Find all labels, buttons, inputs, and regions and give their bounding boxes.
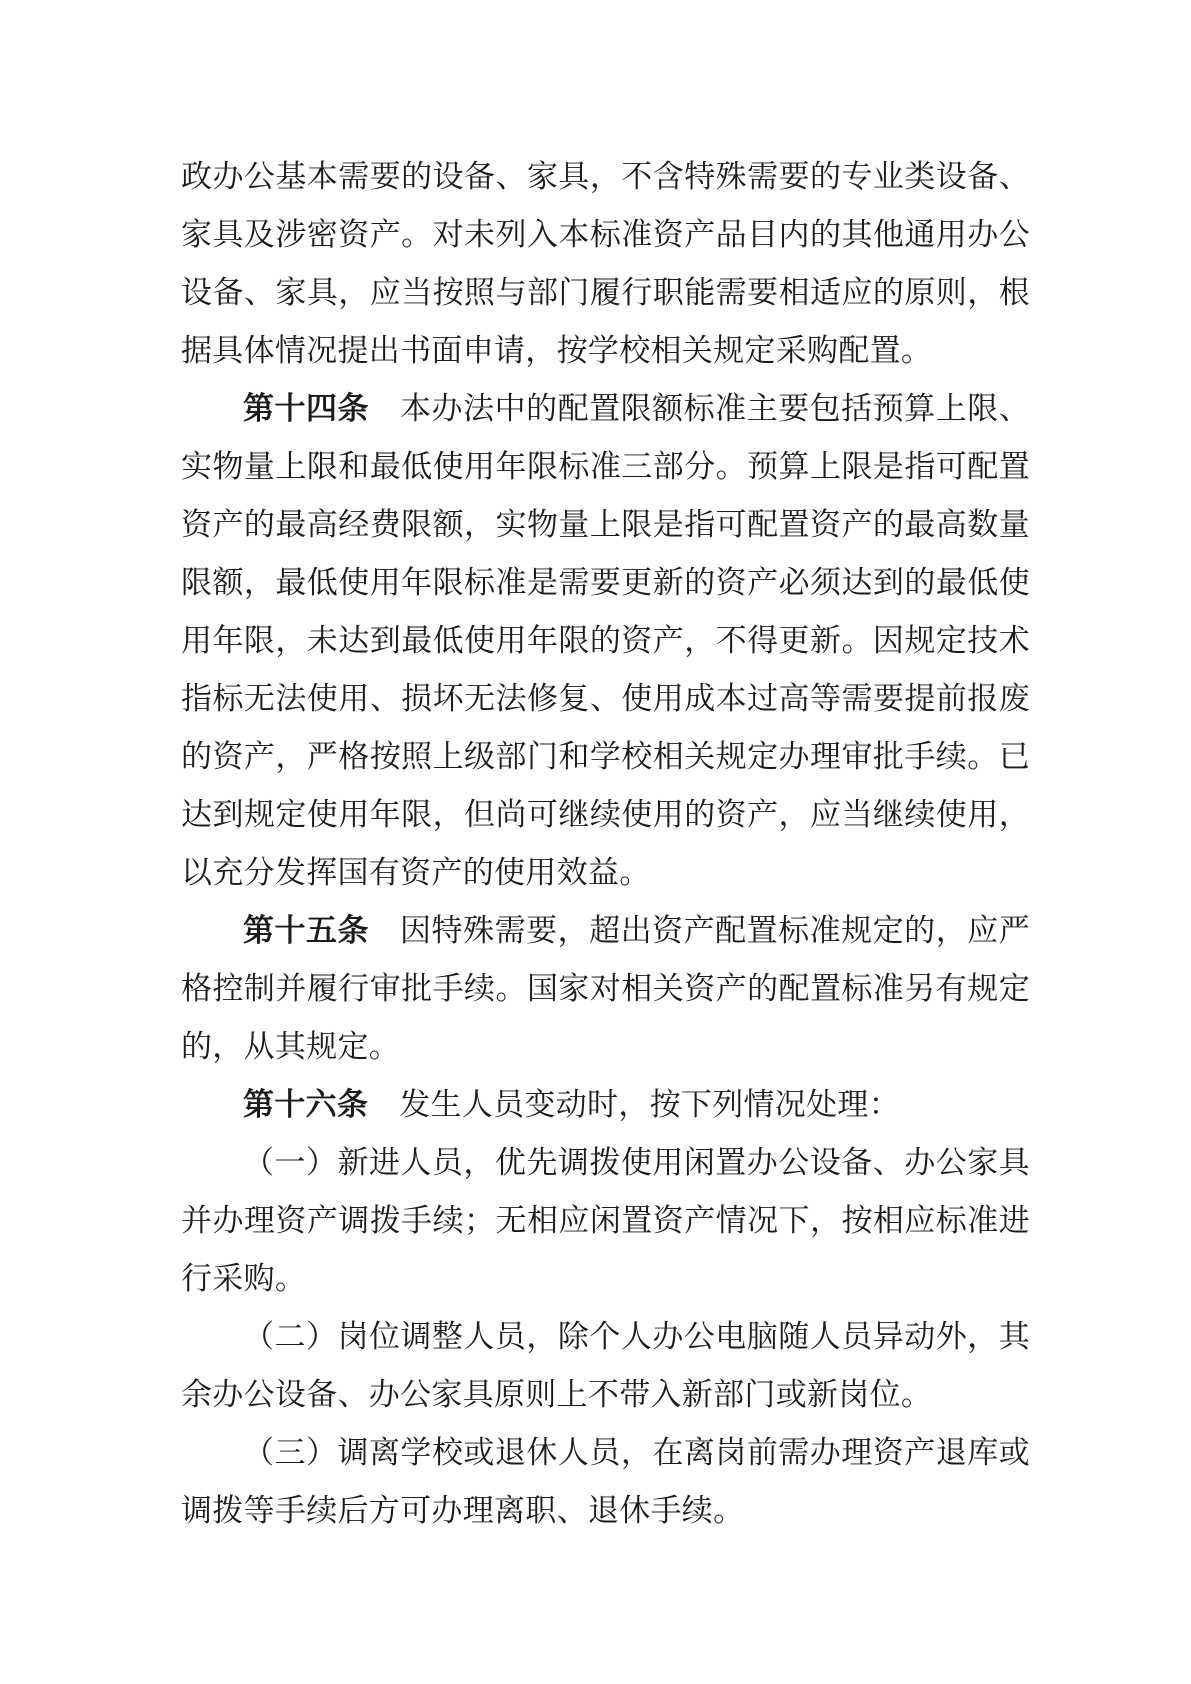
text-line: 达到规定使用年限，但尚可继续使用的资产，应当继续使用， — [181, 786, 1030, 844]
article-number: 第十六条 — [243, 1087, 368, 1122]
paragraph: 第十五条因特殊需要，超出资产配置标准规定的，应严格控制并履行审批手续。国家对相关… — [181, 902, 1030, 1076]
paragraph: （二）岗位调整人员，除个人办公电脑随人员异动外，其余办公设备、办公家具原则上不带… — [181, 1308, 1030, 1424]
text-line: 行采购。 — [181, 1250, 1030, 1308]
document-body: 政办公基本需要的设备、家具，不含特殊需要的专业类设备、家具及涉密资产。对未列入本… — [181, 148, 1030, 1540]
document-page: 政办公基本需要的设备、家具，不含特殊需要的专业类设备、家具及涉密资产。对未列入本… — [0, 0, 1191, 1684]
text-line: 余办公设备、办公家具原则上不带入新部门或新岗位。 — [181, 1366, 1030, 1424]
text-line: 的资产，严格按照上级部门和学校相关规定办理审批手续。已 — [181, 728, 1030, 786]
article-number: 第十五条 — [243, 913, 369, 948]
text-line: 以充分发挥国有资产的使用效益。 — [181, 844, 1030, 902]
article-number: 第十四条 — [243, 391, 369, 426]
text-line: 指标无法使用、损坏无法修复、使用成本过高等需要提前报废 — [181, 670, 1030, 728]
text-line: 的，从其规定。 — [181, 1018, 1030, 1076]
text-line: （二）岗位调整人员，除个人办公电脑随人员异动外，其 — [181, 1308, 1030, 1366]
text-line: （一）新进人员，优先调拨使用闲置办公设备、办公家具 — [181, 1134, 1030, 1192]
text-line: 限额，最低使用年限标准是需要更新的资产必须达到的最低使 — [181, 554, 1030, 612]
text-line: 设备、家具，应当按照与部门履行职能需要相适应的原则，根 — [181, 264, 1030, 322]
text-line: 第十四条本办法中的配置限额标准主要包括预算上限、 — [181, 380, 1030, 438]
text-line: 家具及涉密资产。对未列入本标准资产品目内的其他通用办公 — [181, 206, 1030, 264]
text-line: 第十五条因特殊需要，超出资产配置标准规定的，应严 — [181, 902, 1030, 960]
text-line: 政办公基本需要的设备、家具，不含特殊需要的专业类设备、 — [181, 148, 1030, 206]
text-line: 实物量上限和最低使用年限标准三部分。预算上限是指可配置 — [181, 438, 1030, 496]
text-line: 格控制并履行审批手续。国家对相关资产的配置标准另有规定 — [181, 960, 1030, 1018]
text-line: 第十六条发生人员变动时，按下列情况处理： — [181, 1076, 1030, 1134]
text-line: 用年限，未达到最低使用年限的资产，不得更新。因规定技术 — [181, 612, 1030, 670]
paragraph: （一）新进人员，优先调拨使用闲置办公设备、办公家具并办理资产调拨手续；无相应闲置… — [181, 1134, 1030, 1308]
text-line: （三）调离学校或退休人员，在离岗前需办理资产退库或 — [181, 1424, 1030, 1482]
text-line: 调拨等手续后方可办理离职、退休手续。 — [181, 1482, 1030, 1540]
paragraph: 第十四条本办法中的配置限额标准主要包括预算上限、实物量上限和最低使用年限标准三部… — [181, 380, 1030, 902]
text-line: 资产的最高经费限额，实物量上限是指可配置资产的最高数量 — [181, 496, 1030, 554]
text-line: 据具体情况提出书面申请，按学校相关规定采购配置。 — [181, 322, 1030, 380]
paragraph: 政办公基本需要的设备、家具，不含特殊需要的专业类设备、家具及涉密资产。对未列入本… — [181, 148, 1030, 380]
paragraph: （三）调离学校或退休人员，在离岗前需办理资产退库或调拨等手续后方可办理离职、退休… — [181, 1424, 1030, 1540]
paragraph: 第十六条发生人员变动时，按下列情况处理： — [181, 1076, 1030, 1134]
text-line: 并办理资产调拨手续；无相应闲置资产情况下，按相应标准进 — [181, 1192, 1030, 1250]
